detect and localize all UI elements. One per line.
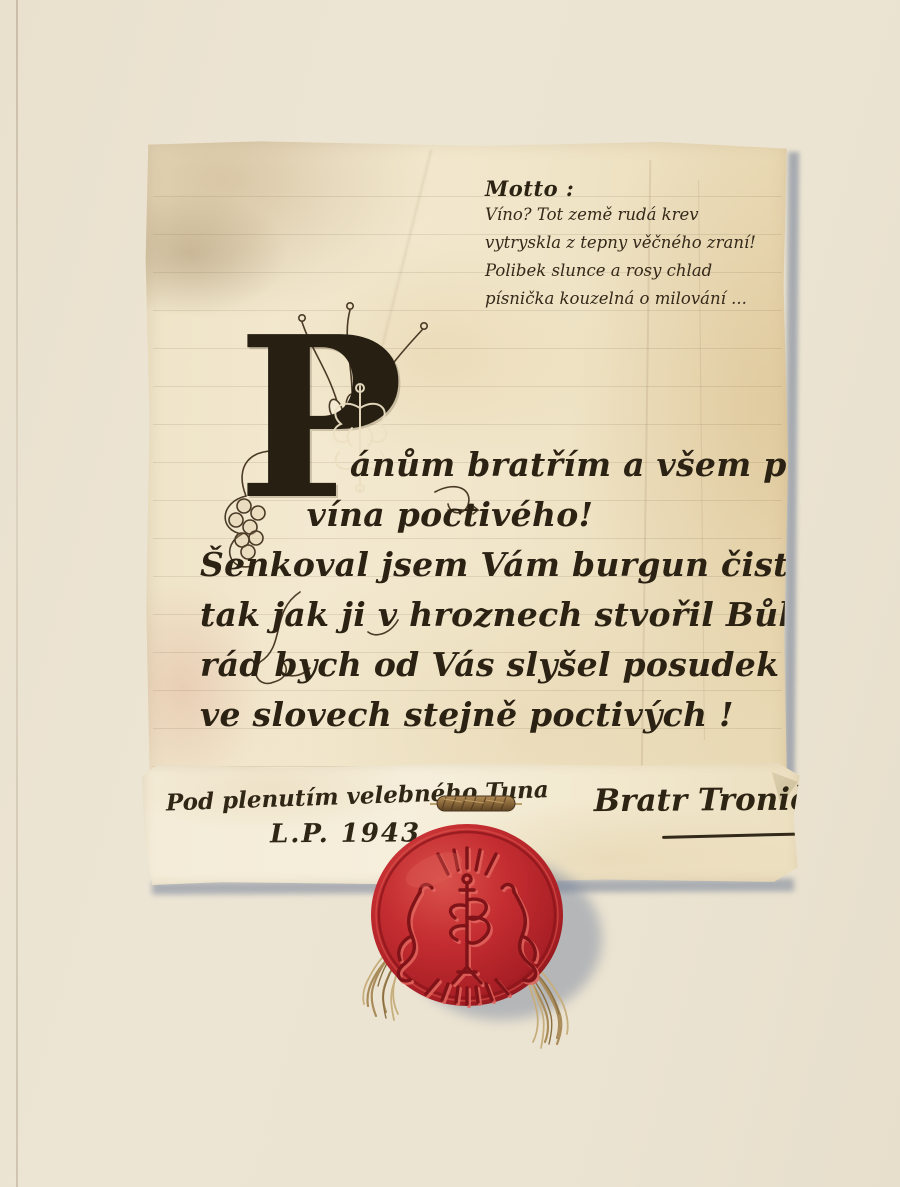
body-line: rád bych od Vás slyšel posudek xyxy=(200,640,700,690)
motto-line: Víno? Tot země rudá krev xyxy=(485,201,775,229)
body-line: ánům bratřím a všem přátelům xyxy=(200,440,700,490)
parchment-sheet: Motto : Víno? Tot země rudá krev vytrysk… xyxy=(145,140,790,808)
motto-line: písnička kouzelná o milování ... xyxy=(485,285,775,313)
body-line: tak jak ji v hroznech stvořil Bůh a xyxy=(200,590,700,640)
motto-line: Polibek slunce a rosy chlad xyxy=(485,257,775,285)
motto-heading: Motto : xyxy=(485,176,775,201)
wax-seal-icon xyxy=(368,822,566,1008)
body-line: ve slovech stejně poctivých ! xyxy=(200,690,700,740)
signature: Bratr Troniček xyxy=(594,781,851,819)
body-line: Šenkoval jsem Vám burgun čistou xyxy=(200,540,700,590)
motto-block: Motto : Víno? Tot země rudá krev vytrysk… xyxy=(485,176,775,313)
cord-toggle-icon xyxy=(430,788,522,820)
motto-line: vytryskla z tepny věčného zraní! xyxy=(485,229,775,257)
page-edge-line xyxy=(16,0,18,1187)
body-line: vína poctivého! xyxy=(200,490,700,540)
body-text-block: ánům bratřím a všem přátelům vína poctiv… xyxy=(200,440,700,740)
signature-flourish xyxy=(662,833,798,839)
album-page: Motto : Víno? Tot země rudá krev vytrysk… xyxy=(0,0,900,1187)
